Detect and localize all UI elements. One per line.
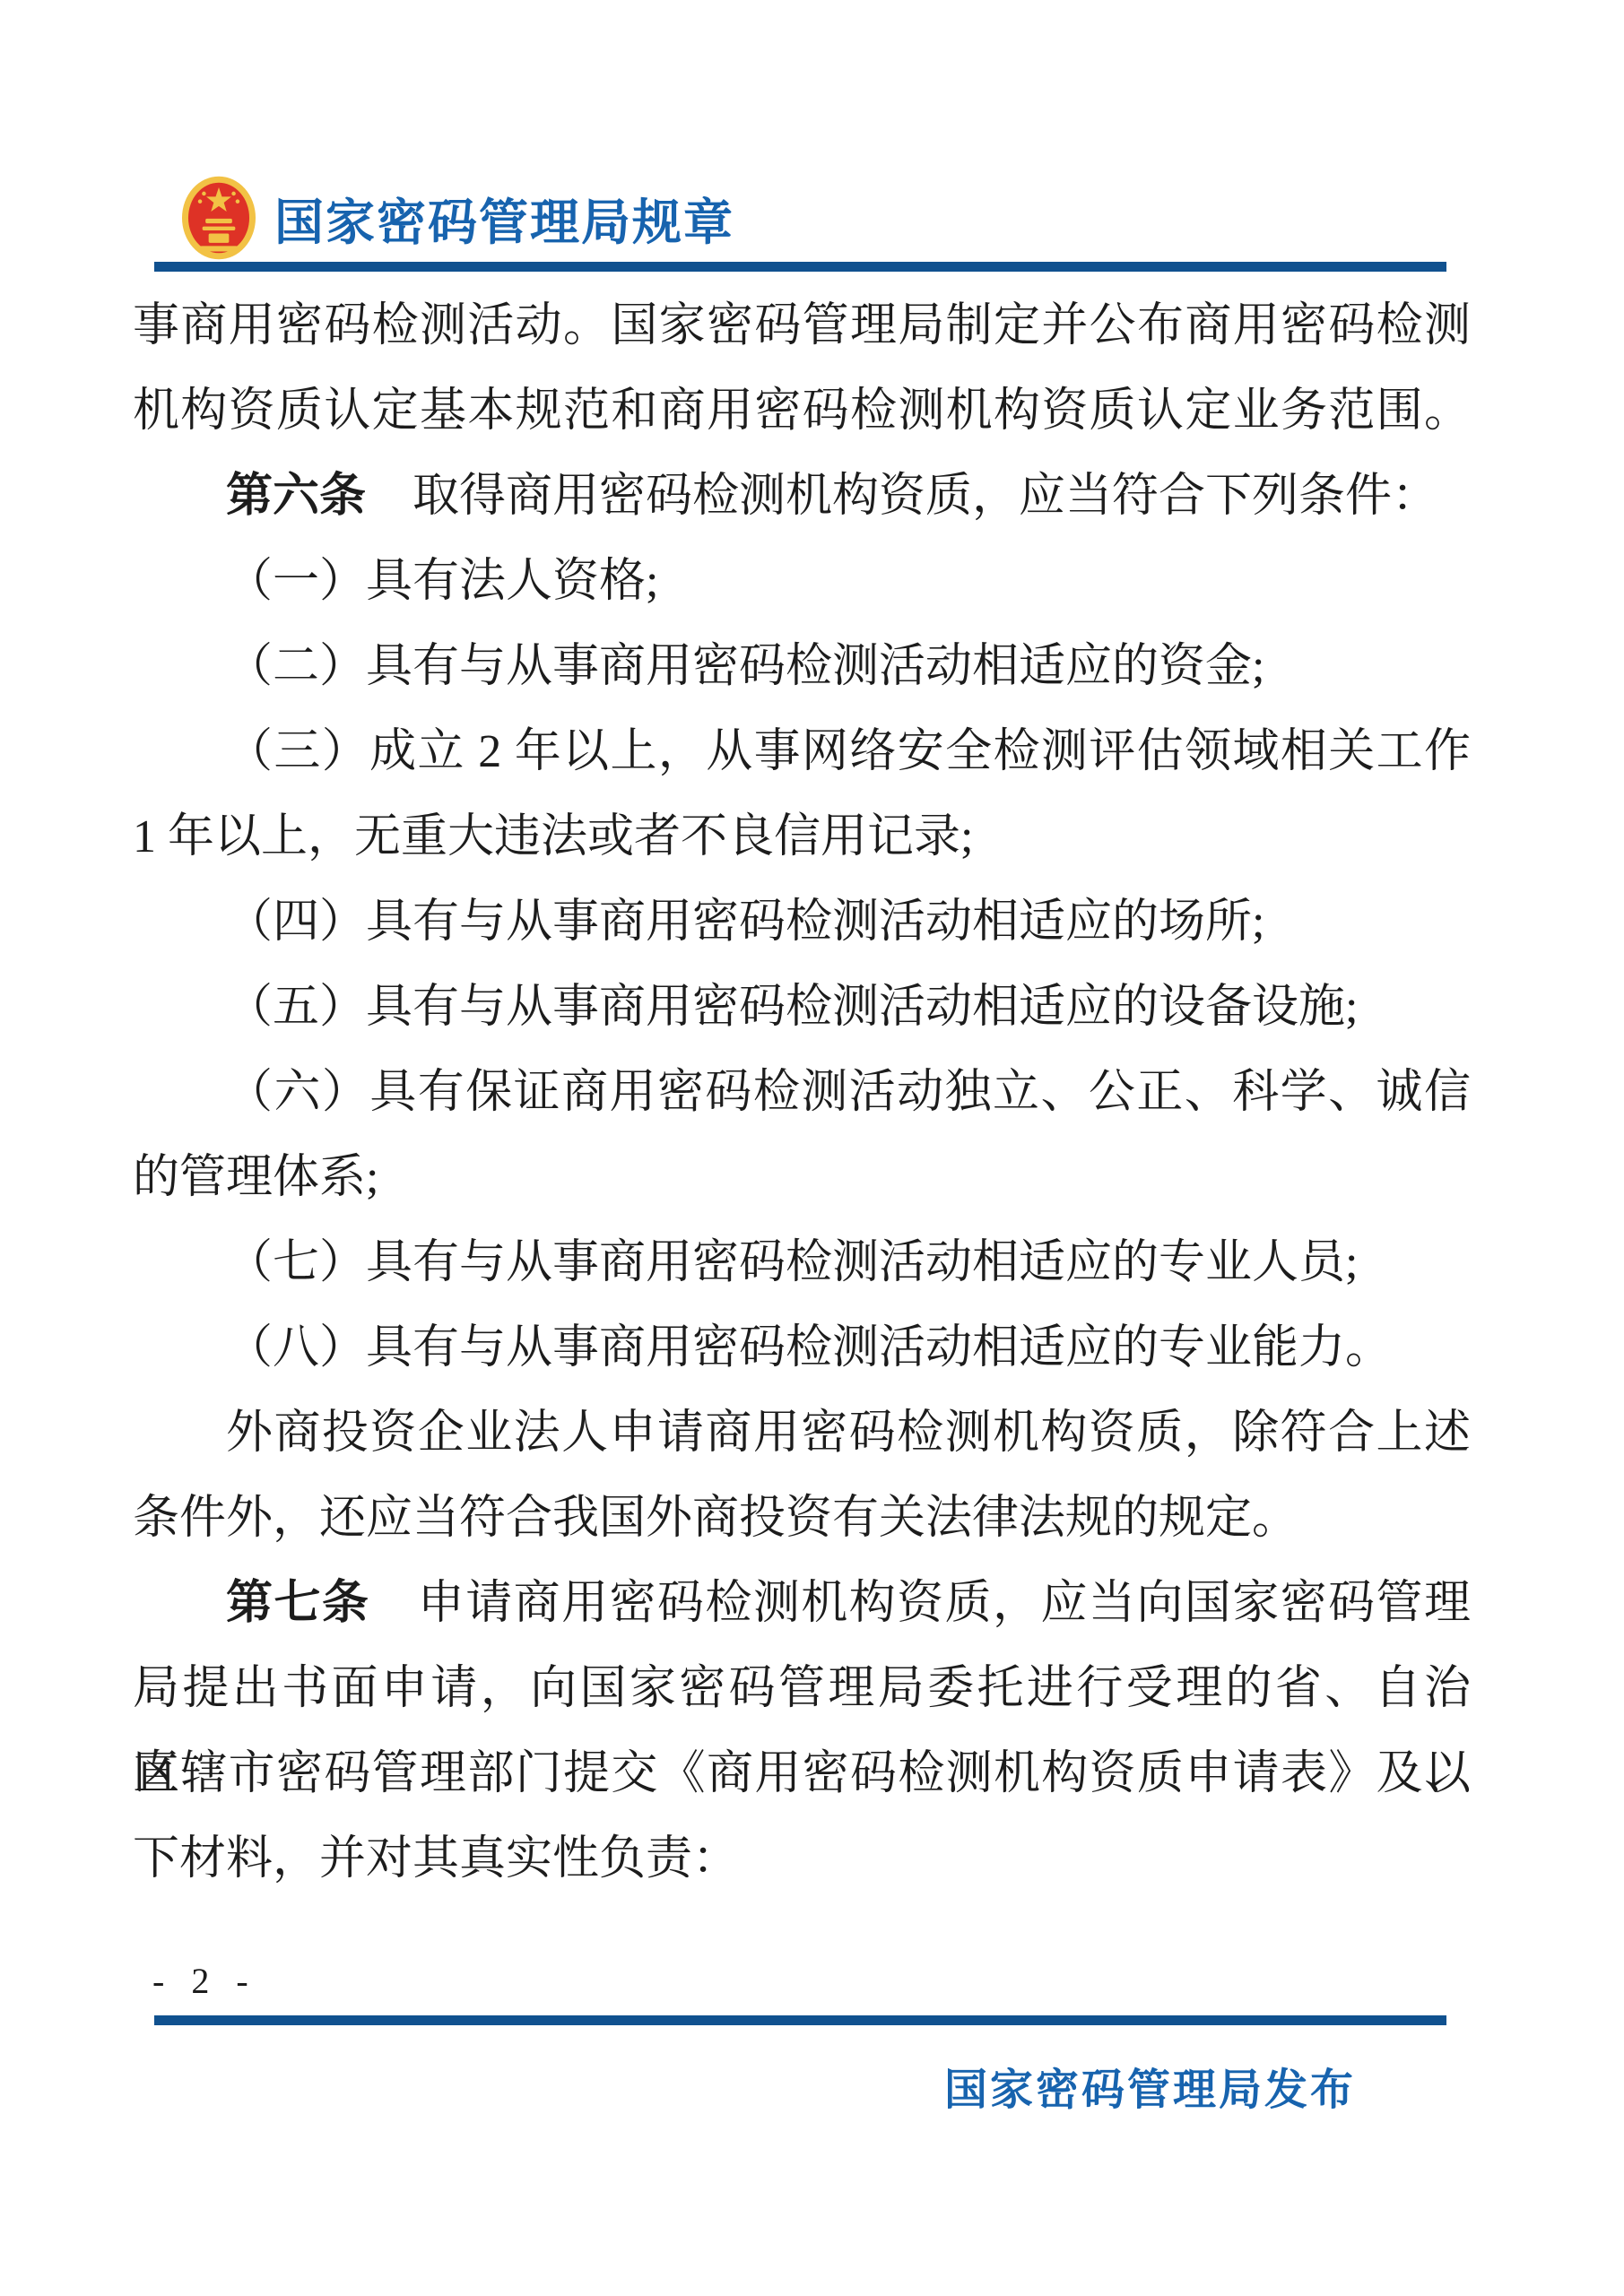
footer-divider [154,2015,1446,2025]
body-line: 第六条 取得商用密码检测机构资质，应当符合下列条件： [133,454,1471,539]
header-brand: 国家密码管理局规章 [179,173,734,263]
body-line: 的管理体系; [133,1135,1471,1220]
publisher-label: 国家密码管理局发布 [944,2055,1356,2117]
page-number: - 2 - [152,1960,257,2002]
body-line: 事商用密码检测活动。国家密码管理局制定并公布商用密码检测 [133,283,1471,368]
document-page: 国家密码管理局规章 事商用密码检测活动。国家密码管理局制定并公布商用密码检测机构… [0,0,1624,2296]
body-line: 局提出书面申请，向国家密码管理局委托进行受理的省、自治区、 [133,1646,1471,1731]
body-line: 外商投资企业法人申请商用密码检测机构资质，除符合上述 [133,1391,1471,1476]
body-line: （五）具有与从事商用密码检测活动相适应的设备设施; [133,965,1471,1050]
body-line: 条件外，还应当符合我国外商投资有关法律法规的规定。 [133,1476,1471,1561]
body-line: 下材料，并对其真实性负责： [133,1816,1471,1902]
body-line: （六）具有保证商用密码检测活动独立、公正、科学、诚信 [133,1050,1471,1135]
body-line: 1 年以上，无重大违法或者不良信用记录; [133,794,1471,879]
body-line: 直辖市密码管理部门提交《商用密码检测机构资质申请表》及以 [133,1731,1471,1816]
body-line: （三）成立 2 年以上，从事网络安全检测评估领域相关工作 [133,709,1471,794]
document-body: 事商用密码检测活动。国家密码管理局制定并公布商用密码检测机构资质认定基本规范和商… [133,283,1471,1902]
china-national-emblem-icon [179,175,258,261]
header-divider [154,262,1446,272]
body-line: （一）具有法人资格; [133,539,1471,624]
body-line: （二）具有与从事商用密码检测活动相适应的资金; [133,624,1471,709]
page-title: 国家密码管理局规章 [274,183,734,254]
body-line: （四）具有与从事商用密码检测活动相适应的场所; [133,879,1471,965]
body-line: 第七条 申请商用密码检测机构资质，应当向国家密码管理 [133,1561,1471,1646]
body-line: （八）具有与从事商用密码检测活动相适应的专业能力。 [133,1305,1471,1391]
body-line: （七）具有与从事商用密码检测活动相适应的专业人员; [133,1220,1471,1305]
body-line: 机构资质认定基本规范和商用密码检测机构资质认定业务范围。 [133,368,1471,454]
